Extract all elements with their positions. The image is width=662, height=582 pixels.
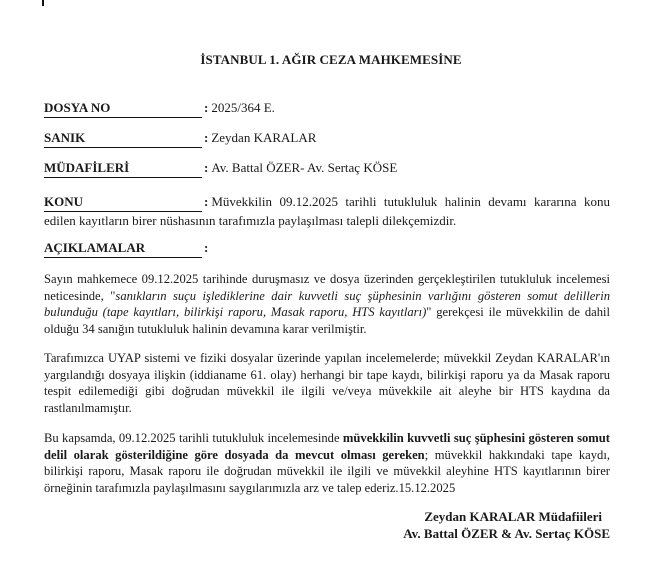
field-colon: : xyxy=(204,194,208,209)
field-konu: KONU:Müvekkilin 09.12.2025 tarihli tutuk… xyxy=(44,193,610,229)
field-label-konu: KONU xyxy=(44,194,202,212)
paragraph-examination: Tarafımızca UYAP sistemi ve fiziki dosya… xyxy=(44,350,610,416)
field-colon: : xyxy=(204,130,208,145)
field-label-dosya-no: DOSYA NO xyxy=(44,100,202,118)
field-value-dosya-no: 2025/364 E. xyxy=(211,100,275,115)
field-label-mudafileri: MÜDAFİLERİ xyxy=(44,160,202,178)
field-value-mudafileri: Av. Battal ÖZER- Av. Sertaç KÖSE xyxy=(211,160,397,175)
field-colon: : xyxy=(204,100,208,115)
field-label-sanik: SANIK xyxy=(44,130,202,148)
signature-line-1: Zeydan KARALAR Müdafiileri xyxy=(403,508,610,525)
paragraph-text: Bu kapsamda, 09.12.2025 tarihli tutuklul… xyxy=(44,431,343,445)
field-label-aciklamalar: AÇIKLAMALAR xyxy=(44,240,202,258)
paragraph-request: Bu kapsamda, 09.12.2025 tarihli tutuklul… xyxy=(44,430,610,496)
signature-block: Zeydan KARALAR Müdafiileri Av. Battal ÖZ… xyxy=(403,508,610,542)
field-colon: : xyxy=(204,160,208,175)
paragraph-decision: Sayın mahkemece 09.12.2025 tarihinde dur… xyxy=(44,271,610,337)
paragraph-text: Tarafımızca UYAP sistemi ve fiziki dosya… xyxy=(44,351,610,415)
field-value-sanik: Zeydan KARALAR xyxy=(211,130,316,145)
page-corner-mark xyxy=(42,0,44,6)
court-title: İSTANBUL 1. AĞIR CEZA MAHKEMESİNE xyxy=(0,52,662,68)
signature-line-2: Av. Battal ÖZER & Av. Sertaç KÖSE xyxy=(403,525,610,542)
field-mudafileri: MÜDAFİLERİ:Av. Battal ÖZER- Av. Sertaç K… xyxy=(44,159,397,178)
field-aciklamalar: AÇIKLAMALAR: xyxy=(44,239,208,258)
field-dosya-no: DOSYA NO:2025/364 E. xyxy=(44,99,275,118)
field-sanik: SANIK:Zeydan KARALAR xyxy=(44,129,316,148)
field-colon: : xyxy=(204,240,208,255)
